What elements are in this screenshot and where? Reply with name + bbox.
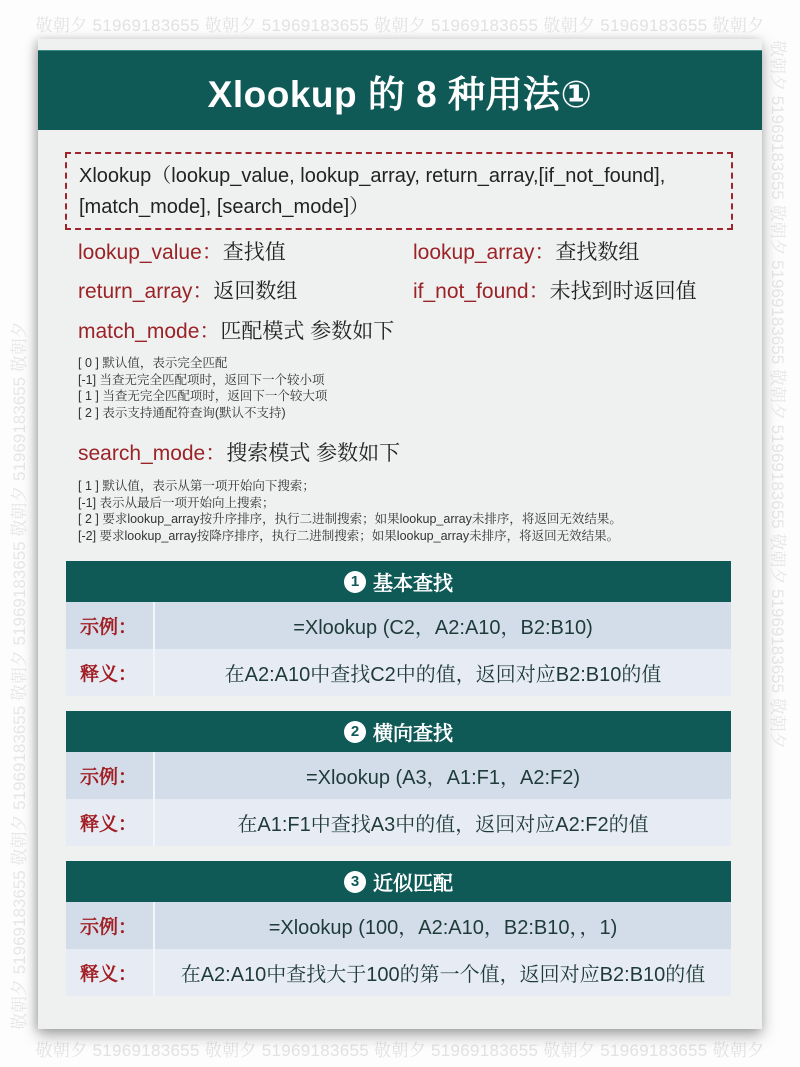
search-mode-option: [-1] 表示从最后一项开始向上搜索； [78,495,622,512]
content-card: Xlookup 的 8 种用法① Xlookup（lookup_value, l… [38,39,762,1029]
example-header: 1 基本查找 [66,561,731,602]
param-return-array: return_array：返回数组 [78,275,297,305]
example-label: 示例： [66,752,155,799]
syntax-line-2: [match_mode], [search_mode]） [79,192,719,223]
example-row: 示例： =Xlookup (100，A2:A10，B2:B10，，1) [66,902,731,949]
param-search-mode: search_mode：搜索模式 参数如下 [78,437,400,467]
example-section-approximate-match: 3 近似匹配 示例： =Xlookup (100，A2:A10，B2:B10，，… [66,861,731,996]
number-badge-icon: 2 [344,721,366,743]
search-mode-option: [ 1 ] 默认值，表示从第一项开始向下搜索； [78,478,622,495]
param-lookup-array: lookup_array：查找数组 [413,236,639,266]
match-mode-option: [ 1 ] 当查无完全匹配项时，返回下一个较大项 [78,388,327,405]
page: 敬朝夕 51969183655 敬朝夕 51969183655 敬朝夕 5196… [0,0,800,1067]
explain-text: 在A2:A10中查找大于100的第一个值，返回对应B2:B10的值 [155,949,731,996]
watermark-bottom: 敬朝夕 51969183655 敬朝夕 51969183655 敬朝夕 5196… [0,1036,800,1061]
search-mode-options: [ 1 ] 默认值，表示从第一项开始向下搜索； [-1] 表示从最后一项开始向上… [78,478,622,544]
watermark-top: 敬朝夕 51969183655 敬朝夕 51969183655 敬朝夕 5196… [0,11,800,36]
param-name: lookup_value [78,241,202,264]
param-if-not-found: if_not_found：未找到时返回值 [413,275,697,305]
syntax-line-1: Xlookup（lookup_value, lookup_array, retu… [79,161,719,192]
param-desc: 未找到时返回值 [550,280,697,303]
param-separator: ： [534,241,555,264]
param-name: match_mode [78,320,199,343]
example-row: 示例： =Xlookup (C2，A2:A10，B2:B10) [66,602,731,649]
param-desc: 搜索模式 参数如下 [226,442,400,465]
example-header: 2 横向查找 [66,711,731,752]
example-section-horizontal-lookup: 2 横向查找 示例： =Xlookup (A3，A1:F1，A2:F2) 释义：… [66,711,731,846]
match-mode-options: [ 0 ] 默认值，表示完全匹配 [-1] 当查无完全匹配项时，返回下一个较小项… [78,355,327,421]
match-mode-option: [ 2 ] 表示支持通配符查询(默认不支持) [78,405,327,422]
param-desc: 查找数组 [555,241,639,264]
param-name: if_not_found [413,280,529,303]
param-separator: ： [529,280,550,303]
param-separator: ： [199,320,220,343]
explain-label: 释义： [66,949,155,996]
example-title: 基本查找 [373,567,453,596]
watermark-left-text: 敬朝夕 51969183655 敬朝夕 51969183655 敬朝夕 5196… [5,321,30,1030]
match-mode-option: [ 0 ] 默认值，表示完全匹配 [78,355,327,372]
explain-row: 释义： 在A2:A10中查找C2中的值，返回对应B2:B10的值 [66,649,731,696]
param-desc: 查找值 [223,241,286,264]
match-mode-option: [-1] 当查无完全匹配项时，返回下一个较小项 [78,372,327,389]
param-name: return_array [78,280,192,303]
param-separator: ： [192,280,213,303]
example-title: 横向查找 [373,717,453,746]
number-badge-icon: 3 [344,871,366,893]
example-header: 3 近似匹配 [66,861,731,902]
example-formula: =Xlookup (100，A2:A10，B2:B10，，1) [155,902,731,949]
example-row: 示例： =Xlookup (A3，A1:F1，A2:F2) [66,752,731,799]
example-title: 近似匹配 [373,867,453,896]
page-title: Xlookup 的 8 种用法① [208,64,593,118]
param-desc: 匹配模式 参数如下 [220,320,394,343]
example-label: 示例： [66,902,155,949]
explain-text: 在A2:A10中查找C2中的值，返回对应B2:B10的值 [155,649,731,696]
watermark-right-text: 敬朝夕 51969183655 敬朝夕 51969183655 敬朝夕 5196… [767,40,792,749]
explain-text: 在A1:F1中查找A3中的值，返回对应A2:F2的值 [155,799,731,846]
title-banner: Xlookup 的 8 种用法① [38,50,762,130]
explain-label: 释义： [66,799,155,846]
param-lookup-value: lookup_value：查找值 [78,236,286,266]
param-desc: 返回数组 [213,280,297,303]
watermark-right: 敬朝夕 51969183655 敬朝夕 51969183655 敬朝夕 5196… [760,40,800,1030]
explain-label: 释义： [66,649,155,696]
param-name: search_mode [78,442,205,465]
example-section-basic-lookup: 1 基本查找 示例： =Xlookup (C2，A2:A10，B2:B10) 释… [66,561,731,696]
search-mode-option: [ 2 ] 要求lookup_array按升序排序，执行二进制搜索；如果look… [78,511,622,528]
explain-row: 释义： 在A2:A10中查找大于100的第一个值，返回对应B2:B10的值 [66,949,731,996]
watermark-left: 敬朝夕 51969183655 敬朝夕 51969183655 敬朝夕 5196… [0,40,40,1030]
search-mode-option: [-2] 要求lookup_array按降序排序，执行二进制搜索；如果looku… [78,528,622,545]
syntax-box: Xlookup（lookup_value, lookup_array, retu… [65,152,733,230]
example-formula: =Xlookup (C2，A2:A10，B2:B10) [155,602,731,649]
example-formula: =Xlookup (A3，A1:F1，A2:F2) [155,752,731,799]
explain-row: 释义： 在A1:F1中查找A3中的值，返回对应A2:F2的值 [66,799,731,846]
example-label: 示例： [66,602,155,649]
number-badge-icon: 1 [344,571,366,593]
param-separator: ： [205,442,226,465]
param-separator: ： [202,241,223,264]
param-name: lookup_array [413,241,534,264]
param-match-mode: match_mode：匹配模式 参数如下 [78,315,394,345]
